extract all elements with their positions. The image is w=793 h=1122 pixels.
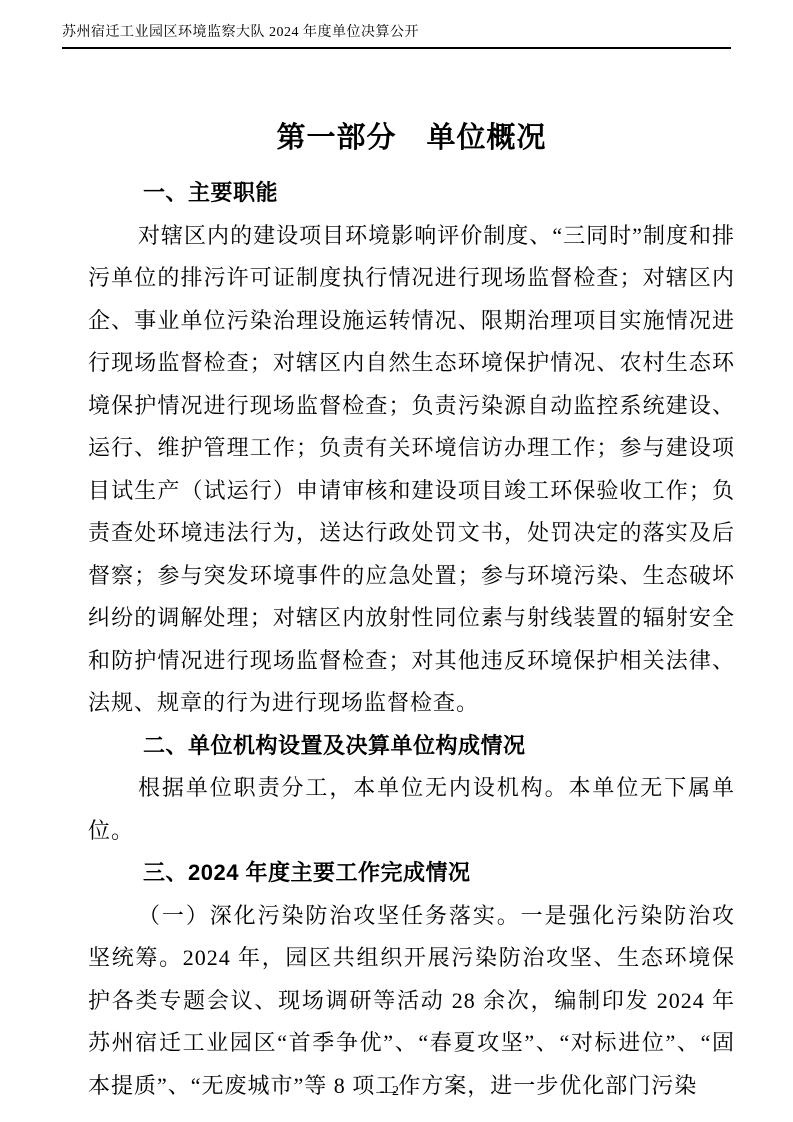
- page-number: - 2 -: [380, 1084, 413, 1099]
- paragraph-2024-work: （一）深化污染防治攻坚任务落实。一是强化污染防治攻坚统筹。2024 年，园区共组…: [88, 895, 735, 1108]
- document-body: 第一部分 单位概况 一、主要职能 对辖区内的建设项目环境影响评价制度、“三同时”…: [88, 112, 735, 1107]
- document-page: 苏州宿迁工业园区环境监察大队 2024 年度单位决算公开 第一部分 单位概况 一…: [0, 0, 793, 1122]
- section-heading-main-duties: 一、主要职能: [88, 172, 735, 215]
- paragraph-main-duties: 对辖区内的建设项目环境影响评价制度、“三同时”制度和排污单位的排污许可证制度执行…: [88, 215, 735, 725]
- paragraph-org-structure: 根据单位职责分工，本单位无内设机构。本单位无下属单位。: [88, 767, 735, 852]
- page-footer: - 2 -: [0, 1084, 793, 1100]
- page-header: 苏州宿迁工业园区环境监察大队 2024 年度单位决算公开: [62, 24, 731, 49]
- section-heading-2024-work: 三、2024 年度主要工作完成情况: [88, 852, 735, 895]
- header-title: 苏州宿迁工业园区环境监察大队 2024 年度单位决算公开: [62, 25, 419, 40]
- section-heading-org-structure: 二、单位机构设置及决算单位构成情况: [88, 725, 735, 768]
- document-title: 第一部分 单位概况: [88, 112, 735, 164]
